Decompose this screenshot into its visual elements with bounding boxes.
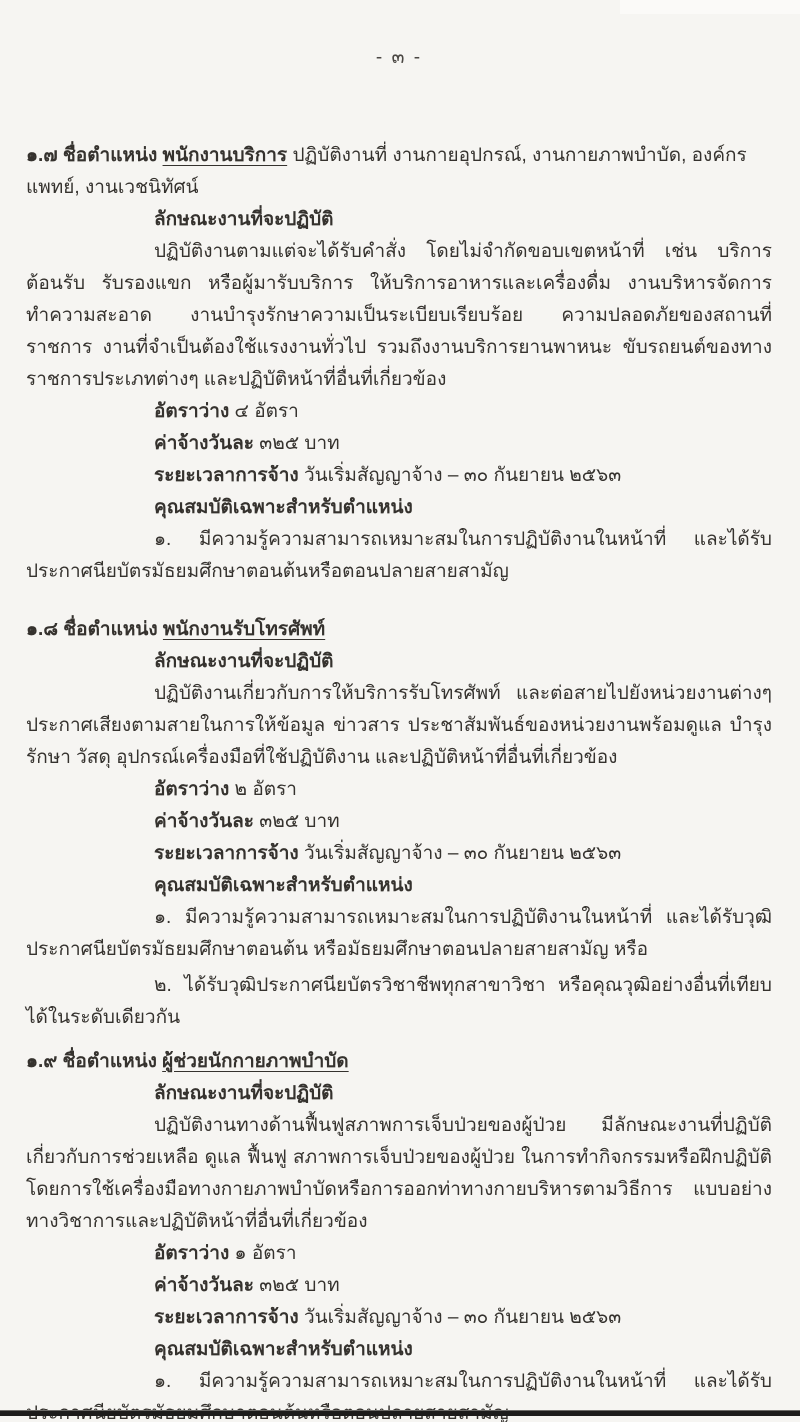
section-heading: ๑.๘ ชื่อตำแหน่ง พนักงานรับโทรศัพท์ [26, 614, 772, 646]
duties-header: ลักษณะงานที่จะปฏิบัติ [26, 204, 772, 236]
section-number-label: ๑.๗ ชื่อตำแหน่ง [26, 145, 157, 166]
wage-value: ๓๒๕ บาท [259, 433, 339, 454]
period-line: ระยะเวลาการจ้าง วันเริ่มสัญญาจ้าง – ๓๐ ก… [26, 460, 772, 492]
duties-header: ลักษณะงานที่จะปฏิบัติ [26, 1078, 772, 1110]
section-heading: ๑.๙ ชื่อตำแหน่ง ผู้ช่วยนักกายภาพบำบัด [26, 1046, 772, 1078]
wage-label: ค่าจ้างวันละ [154, 1275, 254, 1296]
vacancy-label: อัตราว่าง [154, 401, 229, 422]
vacancy-value: ๑ อัตรา [235, 1243, 297, 1264]
section-number-label: ๑.๘ ชื่อตำแหน่ง [26, 619, 158, 640]
position-name: พนักงานรับโทรศัพท์ [163, 619, 325, 640]
vacancy-value: ๒ อัตรา [235, 779, 297, 800]
qualifications-header: คุณสมบัติเฉพาะสำหรับตำแหน่ง [26, 870, 772, 902]
wage-line: ค่าจ้างวันละ ๓๒๕ บาท [26, 1270, 772, 1302]
duties-paragraph: ปฏิบัติงานตามแต่จะได้รับคำสั่ง โดยไม่จำก… [26, 236, 772, 396]
wage-value: ๓๒๕ บาท [259, 1275, 339, 1296]
period-value: วันเริ่มสัญญาจ้าง – ๓๐ กันยายน ๒๕๖๓ [304, 843, 621, 864]
period-label: ระยะเวลาการจ้าง [154, 1307, 299, 1328]
scan-edge-line [0, 1410, 800, 1416]
vacancy-value: ๔ อัตรา [235, 401, 299, 422]
wage-value: ๓๒๕ บาท [259, 811, 339, 832]
period-value: วันเริ่มสัญญาจ้าง – ๓๐ กันยายน ๒๕๖๓ [304, 465, 621, 486]
section-heading: ๑.๗ ชื่อตำแหน่ง พนักงานบริการ ปฏิบัติงาน… [26, 140, 772, 204]
section-position-1-9: ๑.๙ ชื่อตำแหน่ง ผู้ช่วยนักกายภาพบำบัด ลั… [26, 1046, 772, 1422]
wage-label: ค่าจ้างวันละ [154, 811, 254, 832]
section-number-label: ๑.๙ ชื่อตำแหน่ง [26, 1051, 157, 1072]
qualification-item: ๒. ได้รับวุฒิประกาศนียบัตรวิชาชีพทุกสาขา… [26, 970, 772, 1034]
qualifications-header: คุณสมบัติเฉพาะสำหรับตำแหน่ง [26, 1334, 772, 1366]
scanned-document-page: - ๓ - ๑.๗ ชื่อตำแหน่ง พนักงานบริการ ปฏิบ… [0, 0, 800, 1422]
scan-edge-artifact [620, 0, 800, 14]
duties-header: ลักษณะงานที่จะปฏิบัติ [26, 646, 772, 678]
position-name: ผู้ช่วยนักกายภาพบำบัด [162, 1051, 348, 1072]
wage-label: ค่าจ้างวันละ [154, 433, 254, 454]
vacancy-line: อัตราว่าง ๑ อัตรา [26, 1238, 772, 1270]
period-label: ระยะเวลาการจ้าง [154, 465, 299, 486]
qualifications-header: คุณสมบัติเฉพาะสำหรับตำแหน่ง [26, 492, 772, 524]
duties-paragraph: ปฏิบัติงานทางด้านฟื้นฟูสภาพการเจ็บป่วยขอ… [26, 1110, 772, 1238]
section-position-1-7: ๑.๗ ชื่อตำแหน่ง พนักงานบริการ ปฏิบัติงาน… [26, 140, 772, 588]
vacancy-line: อัตราว่าง ๔ อัตรา [26, 396, 772, 428]
position-name: พนักงานบริการ [163, 145, 288, 166]
period-label: ระยะเวลาการจ้าง [154, 843, 299, 864]
vacancy-label: อัตราว่าง [154, 1243, 229, 1264]
period-line: ระยะเวลาการจ้าง วันเริ่มสัญญาจ้าง – ๓๐ ก… [26, 1302, 772, 1334]
period-value: วันเริ่มสัญญาจ้าง – ๓๐ กันยายน ๒๕๖๓ [304, 1307, 621, 1328]
section-position-1-8: ๑.๘ ชื่อตำแหน่ง พนักงานรับโทรศัพท์ ลักษณ… [26, 614, 772, 1034]
document-content: - ๓ - ๑.๗ ชื่อตำแหน่ง พนักงานบริการ ปฏิบ… [0, 0, 800, 1422]
period-line: ระยะเวลาการจ้าง วันเริ่มสัญญาจ้าง – ๓๐ ก… [26, 838, 772, 870]
qualification-item: ๑. มีความรู้ความสามารถเหมาะสมในการปฏิบัต… [26, 902, 772, 966]
wage-line: ค่าจ้างวันละ ๓๒๕ บาท [26, 428, 772, 460]
vacancy-label: อัตราว่าง [154, 779, 229, 800]
vacancy-line: อัตราว่าง ๒ อัตรา [26, 774, 772, 806]
duties-paragraph: ปฏิบัติงานเกี่ยวกับการให้บริการรับโทรศัพ… [26, 678, 772, 774]
qualification-item: ๑. มีความรู้ความสามารถเหมาะสมในการปฏิบัต… [26, 524, 772, 588]
wage-line: ค่าจ้างวันละ ๓๒๕ บาท [26, 806, 772, 838]
